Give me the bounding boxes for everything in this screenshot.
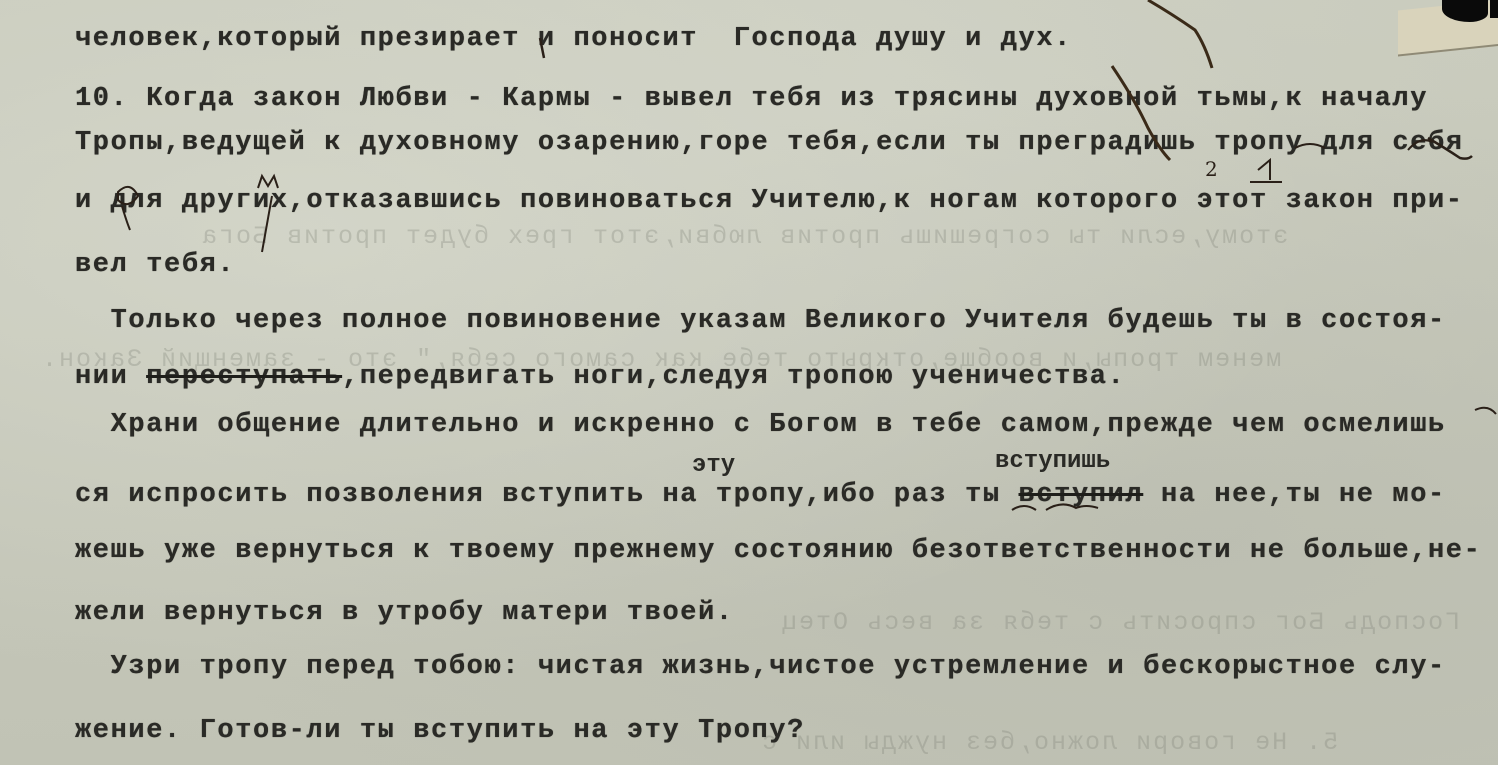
text-line-8: Храни общение длительно и искренно с Бог… — [75, 410, 1446, 440]
insertion-etu: эту — [692, 452, 735, 479]
document-page: этому,если ты согрешишь против любви,это… — [0, 0, 1498, 765]
text-line-1: человек,который презирает и поносит Госп… — [75, 24, 1072, 54]
text-line-11: жели вернуться в утробу матери твоей. — [75, 598, 734, 628]
text-line-6: Только через полное повиновение указам В… — [75, 306, 1446, 336]
text-line-12: Узри тропу перед тобою: чистая жизнь,чис… — [75, 652, 1446, 682]
text-line-4: и для других,отказавшись повиноваться Уч… — [75, 186, 1464, 216]
bleed-through-line: Господь Бог спросить с тебя за весь Отец — [780, 608, 1460, 637]
bleed-through-line: этому,если ты согрешишь против любви,это… — [200, 222, 1288, 251]
text-line-7: нии переступать,передвигать ноги,следуя … — [75, 362, 1125, 392]
line-7-rest: ,передвигать ноги,следуя тропою ученичес… — [342, 362, 1125, 392]
line-7-start: нии — [75, 362, 146, 392]
text-line-3: Тропы,ведущей к духовному озарению,горе … — [75, 128, 1464, 158]
text-line-9: ся испросить позволения вступить на троп… — [75, 480, 1446, 510]
line-9-rest: на нее,ты не мо- — [1143, 480, 1446, 510]
svg-text:2: 2 — [1205, 157, 1218, 181]
text-line-10: жешь уже вернуться к твоему прежнему сос… — [75, 536, 1481, 566]
bleed-through-line: 5. Не говори ложно,без нужды или с — [760, 728, 1338, 757]
text-line-13: жение. Готов-ли ты вступить на эту Тропу… — [75, 716, 805, 746]
dark-corner-edge — [1490, 0, 1498, 18]
struck-word-perestupat: переступать — [146, 362, 342, 392]
text-line-2: 10. Когда закон Любви - Кармы - вывел те… — [75, 84, 1428, 114]
insertion-vstupish: вступишь — [995, 448, 1110, 475]
struck-word-vstupil: вступил — [1019, 480, 1144, 510]
line-9-start: ся испросить позволения вступить на троп… — [75, 480, 1019, 510]
text-line-5: вел тебя. — [75, 250, 235, 280]
